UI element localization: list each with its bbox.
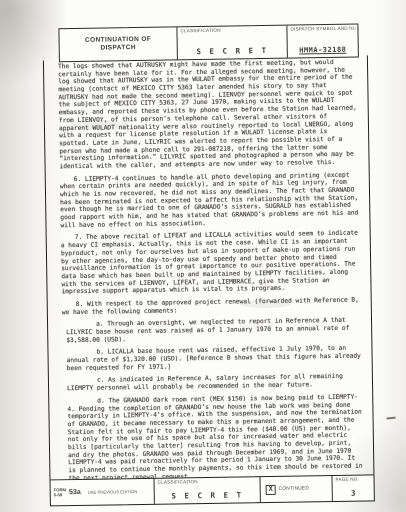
header-classification-cell: CLASSIFICATION S E C R E T (177, 26, 287, 60)
form-title-line2: DISPATCH (100, 44, 136, 53)
document-body: The logs showed that AUTRUSKY might have… (58, 59, 363, 480)
body-paragraph: c. As indicated in Reference A, salary i… (67, 373, 362, 393)
dispatch-number-label: DISPATCH SYMBOL AND NUMBER (290, 26, 355, 32)
classification-label: CLASSIFICATION (180, 27, 284, 34)
dispatch-footer-box: FORM 6-68 53a USE PREVIOUS EDITION CLASS… (49, 474, 374, 506)
form-word-date: FORM 6-68 (54, 488, 66, 497)
page-frame: The logs showed that AUTRUSKY might have… (43, 55, 375, 479)
form-number: 53a (69, 489, 81, 496)
page-number: 3 (333, 488, 374, 498)
classification-stamp: S E C R E T (178, 46, 287, 57)
body-paragraph: b. LICALLA base house rent was raised, e… (66, 345, 361, 373)
document-tilt-wrapper: CONTINUATION OF DISPATCH CLASSIFICATION … (0, 0, 406, 512)
body-paragraph: 8. With respect to the approved project … (62, 296, 361, 316)
page-number-cell: PAGE NO. 3 (332, 475, 373, 501)
continued-checkbox: X (266, 484, 276, 494)
header-dispatch-number-cell: DISPATCH SYMBOL AND NUMBER HMMA-32188 (287, 25, 357, 58)
form-date: 6-68 (54, 492, 62, 497)
page-number-label: PAGE NO. (335, 476, 371, 482)
body-paragraph: 6. LIEMPTY-4 continues to handle all pho… (60, 171, 360, 230)
continued-cell: X CONTINUED (260, 476, 332, 502)
dispatch-number: HMMA-32188 (288, 46, 358, 55)
footer-classification-stamp: S E C R E T (155, 490, 260, 501)
form-title: CONTINUATION OF DISPATCH (59, 27, 177, 61)
body-paragraph: The logs showed that AUTRUSKY might have… (58, 59, 359, 171)
scanned-document-page: CONTINUATION OF DISPATCH CLASSIFICATION … (0, 0, 406, 512)
footer-classification-cell: CLASSIFICATION S E C R E T (154, 477, 260, 504)
body-paragraph: 7. The above recital of LIFEAT and LICAL… (61, 230, 361, 296)
form-id-cell: FORM 6-68 53a USE PREVIOUS EDITION (51, 479, 155, 506)
body-paragraph: a. Through an oversight, we neglected to… (66, 317, 361, 345)
margin-pencil-mark (387, 417, 396, 419)
continued-label: CONTINUED (279, 486, 309, 491)
body-paragraph: d. The GRANADO dark room rent (MEX $150)… (67, 393, 363, 479)
footer-classification-label: CLASSIFICATION (158, 478, 258, 485)
form-note: USE PREVIOUS EDITION (88, 489, 138, 495)
